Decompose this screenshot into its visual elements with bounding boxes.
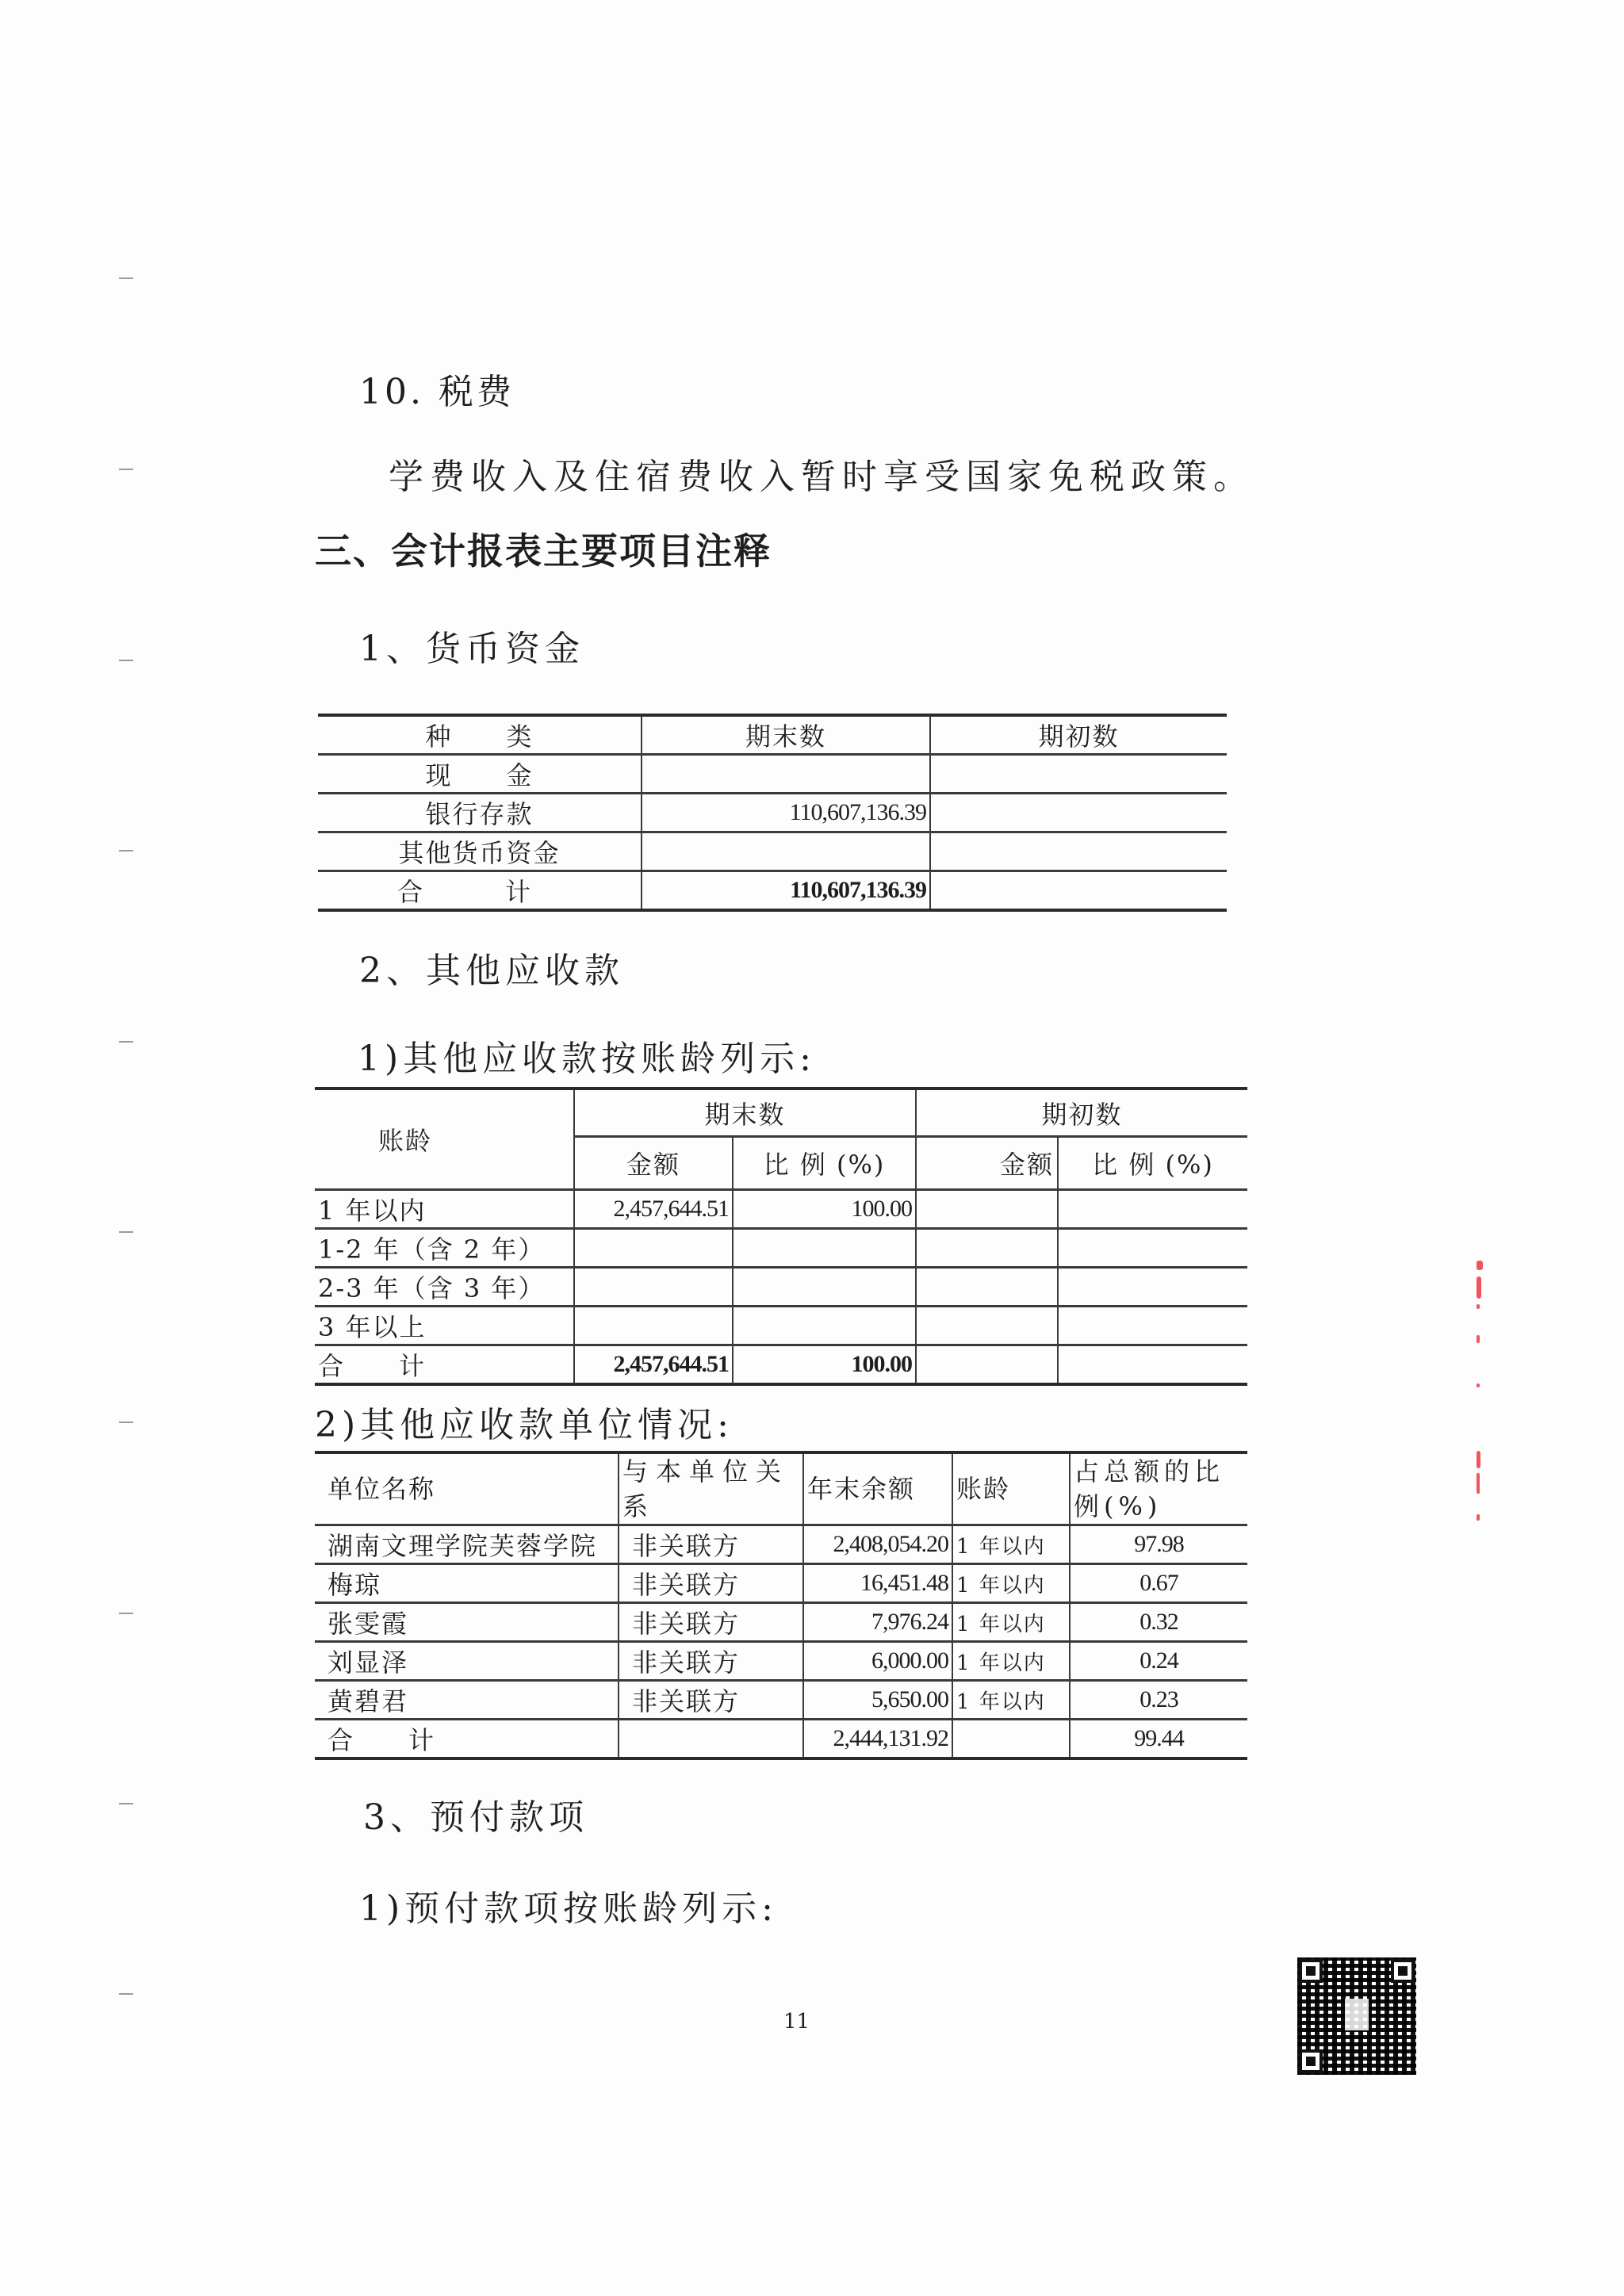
- cell-end-ratio: [733, 1307, 916, 1345]
- debtor-units-subheading: 2)其他应收款单位情况:: [315, 1396, 733, 1447]
- qr-finder-icon: [1391, 1959, 1415, 1983]
- cell-begin: [930, 832, 1227, 871]
- cell-ratio: 97.98: [1070, 1525, 1247, 1564]
- cell-begin-amount: [916, 1190, 1058, 1229]
- cell-begin: [930, 794, 1227, 832]
- cell-end-amount: [574, 1268, 733, 1307]
- margin-mark: [119, 1422, 133, 1423]
- cell-relation: 非关联方: [619, 1681, 803, 1720]
- cell-end: 110,607,136.39: [642, 871, 930, 911]
- col-header-begin: 期初数: [930, 715, 1227, 755]
- qr-finder-icon: [1299, 1959, 1323, 1983]
- cell-end-amount: [574, 1307, 733, 1345]
- table-total-row: 合 计 2,457,644.51 100.00: [315, 1345, 1247, 1385]
- table-row: 刘显泽 非关联方 6,000.00 1 年以内 0.24: [315, 1642, 1247, 1681]
- cell-begin: [930, 755, 1227, 794]
- section-3-heading: 三、会计报表主要项目注释: [315, 522, 772, 575]
- margin-mark: [119, 850, 133, 851]
- cell-type: 银行存款: [318, 794, 642, 832]
- margin-mark: [119, 469, 133, 470]
- margin-mark: [119, 1041, 133, 1043]
- cell-balance: 16,451.48: [803, 1564, 952, 1603]
- cell-end: [642, 832, 930, 871]
- other-receivables-aging-table: 账龄 期末数 期初数 金额 比 例 (%) 金额 比 例 (%) 1 年以内 2…: [315, 1087, 1247, 1386]
- cell-begin-amount: [916, 1345, 1058, 1385]
- seal-stamp-fragment: [1477, 1473, 1480, 1494]
- cell-begin-amount: [916, 1268, 1058, 1307]
- cell-begin-amount: [916, 1307, 1058, 1345]
- cell-unit-name: 合 计: [315, 1720, 619, 1759]
- margin-mark: [119, 277, 133, 279]
- col-header-begin-ratio: 比 例 (%): [1058, 1137, 1247, 1190]
- cell-begin-ratio: [1058, 1229, 1247, 1268]
- table-total-row: 合 计 2,444,131.92 99.44: [315, 1720, 1247, 1759]
- cell-type: 合 计: [318, 871, 642, 911]
- cell-end: [642, 755, 930, 794]
- cell-aging: 1 年以内: [315, 1190, 574, 1229]
- cell-end-amount: 2,457,644.51: [574, 1190, 733, 1229]
- cell-unit-name: 黄碧君: [315, 1681, 619, 1720]
- item-1-heading: 1、货币资金: [359, 620, 584, 671]
- cell-ratio: 0.23: [1070, 1681, 1247, 1720]
- cell-relation: 非关联方: [619, 1642, 803, 1681]
- cell-balance: 7,976.24: [803, 1603, 952, 1642]
- seal-stamp-fragment: [1477, 1451, 1480, 1468]
- table-total-row: 合 计 110,607,136.39: [318, 871, 1227, 911]
- margin-mark: [119, 1231, 133, 1233]
- monetary-funds-table: 种 类 期末数 期初数 现 金 银行存款 110,607,136.39 其他货币…: [318, 714, 1227, 912]
- cell-aging: [952, 1720, 1070, 1759]
- cell-begin-amount: [916, 1229, 1058, 1268]
- table-row: 银行存款 110,607,136.39: [318, 794, 1227, 832]
- aging-subheading: 1)其他应收款按账龄列示:: [358, 1030, 816, 1081]
- cell-balance: 2,408,054.20: [803, 1525, 952, 1564]
- table-row: 梅琼 非关联方 16,451.48 1 年以内 0.67: [315, 1564, 1247, 1603]
- seal-stamp-fragment: [1477, 1261, 1483, 1270]
- other-receivables-units-table: 单位名称 与本单位关系 年末余额 账龄 占总额的比例(%) 湖南文理学院芙蓉学院…: [315, 1451, 1247, 1760]
- seal-stamp-fragment: [1477, 1276, 1481, 1299]
- col-header-end: 期末数: [642, 715, 930, 755]
- table-row: 其他货币资金: [318, 832, 1227, 871]
- col-group-begin: 期初数: [916, 1089, 1247, 1137]
- seal-stamp-fragment: [1477, 1304, 1480, 1309]
- prepayments-aging-subheading: 1)预付款项按账龄列示:: [359, 1880, 778, 1931]
- cell-balance: 5,650.00: [803, 1681, 952, 1720]
- seal-stamp-fragment: [1477, 1335, 1480, 1343]
- cell-unit-name: 梅琼: [315, 1564, 619, 1603]
- seal-stamp-fragment: [1477, 1514, 1480, 1521]
- cell-aging: 1 年以内: [952, 1564, 1070, 1603]
- cell-type: 现 金: [318, 755, 642, 794]
- table-row: 现 金: [318, 755, 1227, 794]
- cell-begin-ratio: [1058, 1268, 1247, 1307]
- cell-end-ratio: 100.00: [733, 1345, 916, 1385]
- cell-unit-name: 张雯霞: [315, 1603, 619, 1642]
- cell-begin-ratio: [1058, 1190, 1247, 1229]
- col-header-aging: 账龄: [315, 1089, 574, 1190]
- cell-aging: 1 年以内: [952, 1642, 1070, 1681]
- section-10-heading: 10. 税费: [359, 363, 515, 414]
- table-row: 黄碧君 非关联方 5,650.00 1 年以内 0.23: [315, 1681, 1247, 1720]
- cell-end-ratio: 100.00: [733, 1190, 916, 1229]
- margin-mark: [119, 1803, 133, 1804]
- cell-begin: [930, 871, 1227, 911]
- cell-aging: 1 年以内: [952, 1525, 1070, 1564]
- cell-aging: 3 年以上: [315, 1307, 574, 1345]
- table-row: 2-3 年（含 3 年）: [315, 1268, 1247, 1307]
- table-row: 1-2 年（含 2 年）: [315, 1229, 1247, 1268]
- col-header-relation: 与本单位关系: [619, 1452, 803, 1525]
- cell-unit-name: 湖南文理学院芙蓉学院: [315, 1525, 619, 1564]
- cell-begin-ratio: [1058, 1307, 1247, 1345]
- margin-mark: [119, 1993, 133, 1995]
- tax-policy-text: 学费收入及住宿费收入暂时享受国家免税政策。: [389, 448, 1254, 499]
- cell-aging: 合 计: [315, 1345, 574, 1385]
- margin-mark: [119, 1613, 133, 1614]
- col-group-end: 期末数: [574, 1089, 916, 1137]
- cell-ratio: 0.32: [1070, 1603, 1247, 1642]
- cell-aging: 2-3 年（含 3 年）: [315, 1268, 574, 1307]
- col-header-balance: 年末余额: [803, 1452, 952, 1525]
- qr-finder-icon: [1299, 2049, 1323, 2073]
- margin-mark: [119, 660, 133, 661]
- item-3-heading: 3、预付款项: [363, 1789, 588, 1839]
- cell-end-amount: 2,457,644.51: [574, 1345, 733, 1385]
- cell-aging: 1-2 年（含 2 年）: [315, 1229, 574, 1268]
- cell-relation: 非关联方: [619, 1564, 803, 1603]
- col-header-end-ratio: 比 例 (%): [733, 1137, 916, 1190]
- table-row: 1 年以内 2,457,644.51 100.00: [315, 1190, 1247, 1229]
- table-row: 3 年以上: [315, 1307, 1247, 1345]
- seal-stamp-fragment: [1477, 1383, 1480, 1387]
- qr-code-icon: [1297, 1957, 1416, 2075]
- cell-type: 其他货币资金: [318, 832, 642, 871]
- cell-balance: 6,000.00: [803, 1642, 952, 1681]
- col-header-type: 种 类: [318, 715, 642, 755]
- col-header-end-amount: 金额: [574, 1137, 733, 1190]
- col-header-begin-amount: 金额: [916, 1137, 1058, 1190]
- qr-logo-icon: [1345, 1999, 1369, 2030]
- col-header-aging: 账龄: [952, 1452, 1070, 1525]
- table-row: 张雯霞 非关联方 7,976.24 1 年以内 0.32: [315, 1603, 1247, 1642]
- page-number: 11: [783, 2010, 810, 2034]
- cell-aging: 1 年以内: [952, 1681, 1070, 1720]
- cell-relation: [619, 1720, 803, 1759]
- cell-end-ratio: [733, 1268, 916, 1307]
- cell-ratio: 0.24: [1070, 1642, 1247, 1681]
- cell-relation: 非关联方: [619, 1603, 803, 1642]
- item-2-heading: 2、其他应收款: [359, 942, 624, 993]
- col-header-ratio: 占总额的比例(%): [1070, 1452, 1247, 1525]
- cell-balance: 2,444,131.92: [803, 1720, 952, 1759]
- col-header-unit-name: 单位名称: [315, 1452, 619, 1525]
- cell-aging: 1 年以内: [952, 1603, 1070, 1642]
- cell-ratio: 0.67: [1070, 1564, 1247, 1603]
- cell-end: 110,607,136.39: [642, 794, 930, 832]
- cell-end-ratio: [733, 1229, 916, 1268]
- cell-end-amount: [574, 1229, 733, 1268]
- table-row: 湖南文理学院芙蓉学院 非关联方 2,408,054.20 1 年以内 97.98: [315, 1525, 1247, 1564]
- cell-ratio: 99.44: [1070, 1720, 1247, 1759]
- cell-unit-name: 刘显泽: [315, 1642, 619, 1681]
- cell-relation: 非关联方: [619, 1525, 803, 1564]
- cell-begin-ratio: [1058, 1345, 1247, 1385]
